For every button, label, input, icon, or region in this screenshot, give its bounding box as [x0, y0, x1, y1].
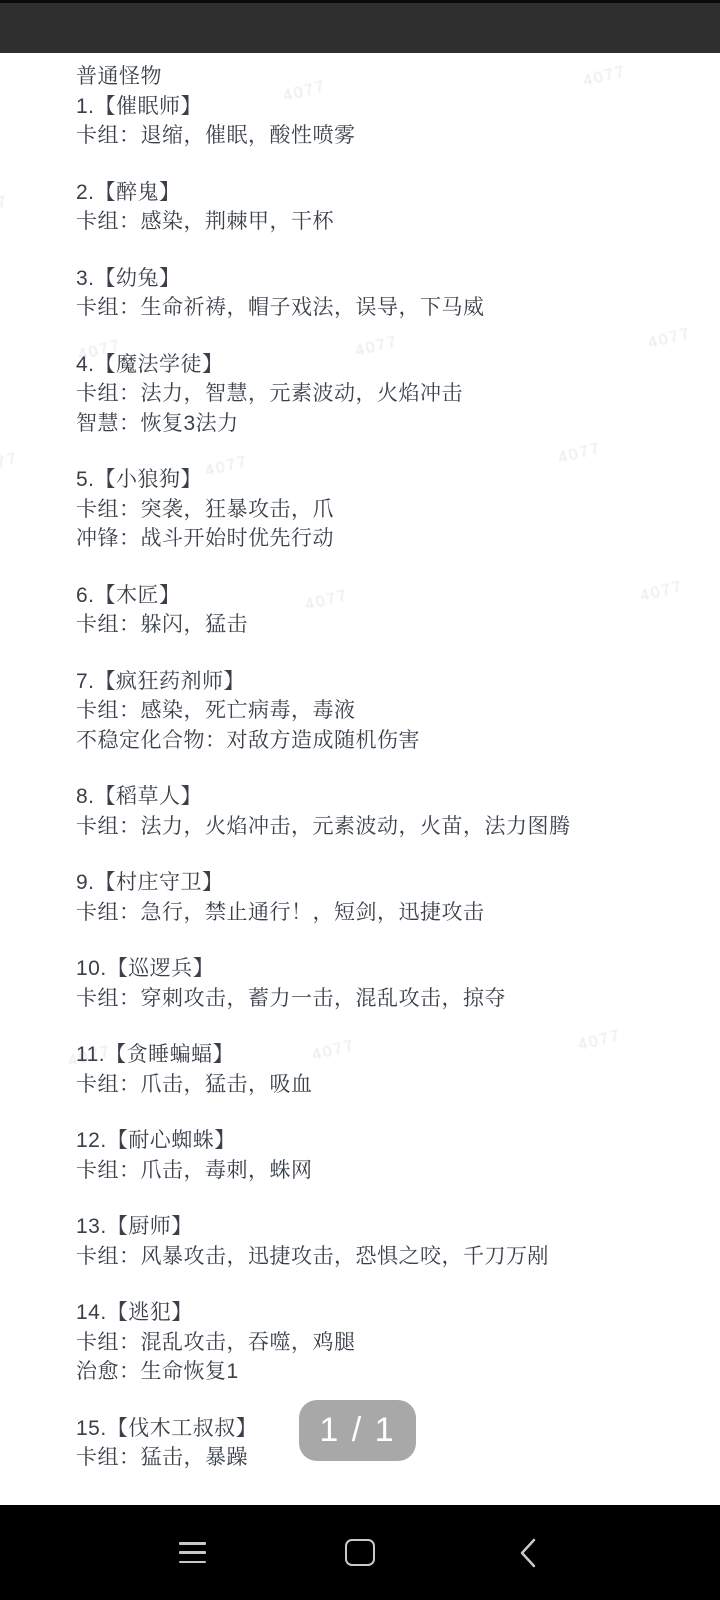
monster-entry: 5.【小狼狗】卡组：突袭，狂暴攻击，爪冲锋：战斗开始时优先行动 — [76, 465, 690, 554]
monster-entry: 13.【厨师】卡组：风暴攻击，迅捷攻击，恐惧之咬，千刀万剐 — [76, 1212, 690, 1271]
monster-detail-line: 卡组：爪击，毒刺，蛛网 — [76, 1156, 690, 1186]
monster-detail-line: 卡组：感染，荆棘甲，干杯 — [76, 207, 690, 237]
monster-detail-line: 卡组：感染，死亡病毒，毒液 — [76, 696, 690, 726]
monster-detail-line: 卡组：躲闪，猛击 — [76, 610, 690, 640]
page-indicator-badge: 1 / 1 — [299, 1400, 416, 1461]
monster-heading: 5.【小狼狗】 — [76, 465, 690, 495]
monster-detail-line: 冲锋：战斗开始时优先行动 — [76, 524, 690, 554]
monster-detail-line: 卡组：突袭，狂暴攻击，爪 — [76, 495, 690, 525]
monster-heading: 8.【稻草人】 — [76, 782, 690, 812]
document-title: 普通怪物 — [76, 62, 690, 92]
monster-heading: 7.【疯狂药剂师】 — [76, 667, 690, 697]
monster-heading: 2.【醉鬼】 — [76, 178, 690, 208]
monster-detail-line: 卡组：法力，智慧，元素波动，火焰冲击 — [76, 379, 690, 409]
monster-entry: 14.【逃犯】卡组：混乱攻击，吞噬，鸡腿治愈：生命恢复1 — [76, 1298, 690, 1387]
monster-heading: 10.【巡逻兵】 — [76, 954, 690, 984]
back-chevron-icon — [518, 1537, 538, 1569]
monster-heading: 1.【催眠师】 — [76, 92, 690, 122]
monster-heading: 12.【耐心蜘蛛】 — [76, 1126, 690, 1156]
monster-entry: 12.【耐心蜘蛛】卡组：爪击，毒刺，蛛网 — [76, 1126, 690, 1185]
monster-detail-line: 智慧：恢复3法力 — [76, 409, 690, 439]
monster-detail-line: 治愈：生命恢复1 — [76, 1357, 690, 1387]
monster-detail-line: 卡组：退缩，催眠，酸性喷雾 — [76, 121, 690, 151]
monster-entry: 9.【村庄守卫】卡组：急行，禁止通行！，短剑，迅捷攻击 — [76, 868, 690, 927]
back-button[interactable] — [483, 1505, 573, 1600]
monster-entry: 10.【巡逻兵】卡组：穿刺攻击，蓄力一击，混乱攻击，掠夺 — [76, 954, 690, 1013]
phone-screen: 4077407740774077407740774077407740774077… — [0, 0, 720, 1600]
monster-heading: 14.【逃犯】 — [76, 1298, 690, 1328]
home-button[interactable] — [315, 1505, 405, 1600]
monster-heading: 11.【贪睡蝙蝠】 — [76, 1040, 690, 1070]
monster-list: 1.【催眠师】卡组：退缩，催眠，酸性喷雾2.【醉鬼】卡组：感染，荆棘甲，干杯3.… — [76, 92, 690, 1473]
monster-heading: 6.【木匠】 — [76, 581, 690, 611]
monster-entry: 6.【木匠】卡组：躲闪，猛击 — [76, 581, 690, 640]
monster-entry: 2.【醉鬼】卡组：感染，荆棘甲，干杯 — [76, 178, 690, 237]
monster-heading: 4.【魔法学徒】 — [76, 350, 690, 380]
recents-menu-icon — [179, 1542, 206, 1563]
monster-heading: 3.【幼兔】 — [76, 264, 690, 294]
monster-entry: 4.【魔法学徒】卡组：法力，智慧，元素波动，火焰冲击智慧：恢复3法力 — [76, 350, 690, 439]
status-bar — [0, 0, 720, 53]
document-view: 普通怪物 1.【催眠师】卡组：退缩，催眠，酸性喷雾2.【醉鬼】卡组：感染，荆棘甲… — [0, 53, 720, 1473]
monster-entry: 8.【稻草人】卡组：法力，火焰冲击，元素波动，火苗，法力图腾 — [76, 782, 690, 841]
monster-detail-line: 卡组：穿刺攻击，蓄力一击，混乱攻击，掠夺 — [76, 984, 690, 1014]
android-nav-bar — [0, 1505, 720, 1600]
monster-entry: 11.【贪睡蝙蝠】卡组：爪击，猛击，吸血 — [76, 1040, 690, 1099]
monster-detail-line: 不稳定化合物：对敌方造成随机伤害 — [76, 726, 690, 756]
monster-entry: 1.【催眠师】卡组：退缩，催眠，酸性喷雾 — [76, 92, 690, 151]
monster-detail-line: 卡组：混乱攻击，吞噬，鸡腿 — [76, 1328, 690, 1358]
home-icon — [345, 1539, 375, 1566]
monster-detail-line: 卡组：风暴攻击，迅捷攻击，恐惧之咬，千刀万剐 — [76, 1242, 690, 1272]
monster-entry: 3.【幼兔】卡组：生命祈祷，帽子戏法，误导，下马威 — [76, 264, 690, 323]
monster-detail-line: 卡组：急行，禁止通行！，短剑，迅捷攻击 — [76, 898, 690, 928]
monster-heading: 9.【村庄守卫】 — [76, 868, 690, 898]
monster-heading: 13.【厨师】 — [76, 1212, 690, 1242]
monster-detail-line: 卡组：生命祈祷，帽子戏法，误导，下马威 — [76, 293, 690, 323]
monster-entry: 7.【疯狂药剂师】卡组：感染，死亡病毒，毒液不稳定化合物：对敌方造成随机伤害 — [76, 667, 690, 756]
recents-button[interactable] — [147, 1505, 237, 1600]
monster-detail-line: 卡组：法力，火焰冲击，元素波动，火苗，法力图腾 — [76, 812, 690, 842]
monster-detail-line: 卡组：爪击，猛击，吸血 — [76, 1070, 690, 1100]
